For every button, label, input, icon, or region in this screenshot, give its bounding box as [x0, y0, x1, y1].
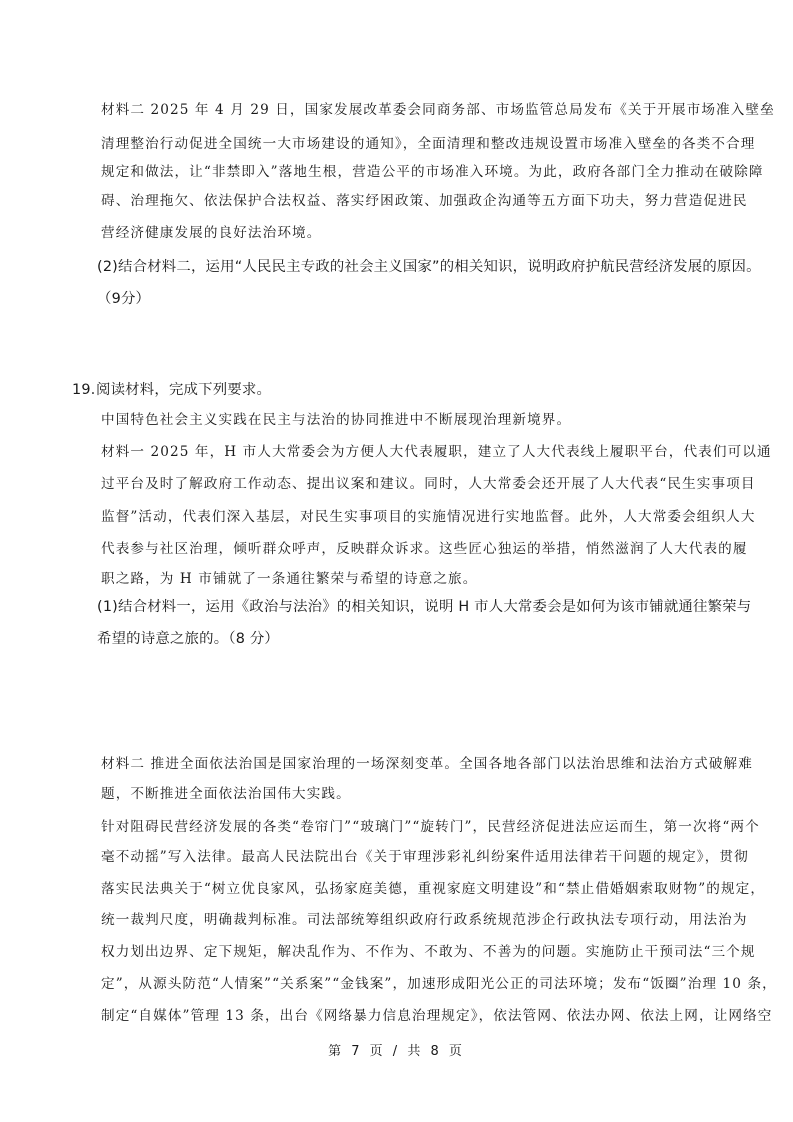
material2-line: 针对阻碍民营经济发展的各类“卷帘门”“玻璃门”“旋转门”，民营经济促进法应运而生… — [101, 818, 760, 836]
question-heading: 阅读材料，完成下列要求。 — [96, 381, 271, 399]
material-line: 清理整治行动促进全国统一大市场建设的通知》，全面清理和整改违规设置市场准入壁垒的… — [101, 135, 755, 153]
material1-line: 职之路，为 H 市铺就了一条通往繁荣与希望的诗意之旅。 — [101, 570, 477, 588]
material1-line: 过平台及时了解政府工作动态、提出议案和建议。同时，人大常委会还开展了人大代表“民… — [101, 475, 756, 493]
material2-line: 材料二 推进全面依法治国是国家治理的一场深刻变革。全国各地各部门以法治思维和法治… — [101, 755, 753, 773]
material2-line: 落实民法典关于“树立优良家风，弘扬家庭美德，重视家庭文明建设”和“禁止借婚姻索取… — [101, 880, 765, 898]
material2-line: 统一裁判尺度，明确裁判标准。司法部统筹组织政府行政系统规范涉企行政执法专项行动，… — [101, 911, 748, 929]
material2-line: 制定“自媒体”管理 13 条，出台《网络暴力信息治理规定》，依法管网、依法办网、… — [101, 1007, 772, 1025]
question-2: (2)结合材料二，运用“人民民主专政的社会主义国家”的相关知识，说明政府护航民营… — [97, 258, 761, 276]
material-line: 营经济健康发展的良好法治环境。 — [101, 224, 321, 242]
question-1-cont: 希望的诗意之旅的。（8 分） — [97, 630, 279, 648]
material2-line: 权力划出边界、定下规矩，解决乱作为、不作为、不敢为、不善为的问题。实施防止干预司… — [101, 943, 756, 961]
material1-line: 材料一 2025 年，H 市人大常委会为方便人大代表履职，建立了人大代表线上履职… — [101, 443, 772, 461]
page-footer: 第 7 页 / 共 8 页 — [0, 1040, 793, 1059]
material-line: 规定和做法，让“非禁即入”落地生根，营造公平的市场准入环境。为此，政府各部门全力… — [101, 163, 764, 181]
material2-line: 毫不动摇”写入法律。最高人民法院出台《关于审理涉彩礼纠纷案件适用法律若干问题的规… — [101, 848, 749, 866]
material1-line: 监督”活动，代表们深入基层，对民生实事项目的实施情况进行实地监督。此外，人大常委… — [101, 508, 756, 526]
material-line: 材料二 2025 年 4 月 29 日，国家发展改革委会同商务部、市场监管总局发… — [101, 101, 775, 119]
material1-line: 代表参与社区治理，倾听群众呼声，反映群众诉求。这些匠心独运的举措，悄然滋润了人大… — [101, 540, 748, 558]
intro-text: 中国特色社会主义实践在民主与法治的协同推进中不断展现治理新境界。 — [101, 411, 571, 429]
material-line: 碍、治理拖欠、依法保护合法权益、落实纾困政策、加强政企沟通等五方面下功夫，努力营… — [101, 192, 748, 210]
material2-line: 定”，从源头防范“人情案”“关系案”“金钱案”，加速形成阳光公正的司法环境；发布… — [101, 975, 777, 993]
question-2-score: （9分） — [97, 290, 150, 308]
material2-line: 题，不断推进全面依法治国伟大实践。 — [101, 785, 351, 803]
question-1: (1)结合材料一，运用《政治与法治》的相关知识，说明 H 市人大常委会是如何为该… — [97, 598, 751, 616]
